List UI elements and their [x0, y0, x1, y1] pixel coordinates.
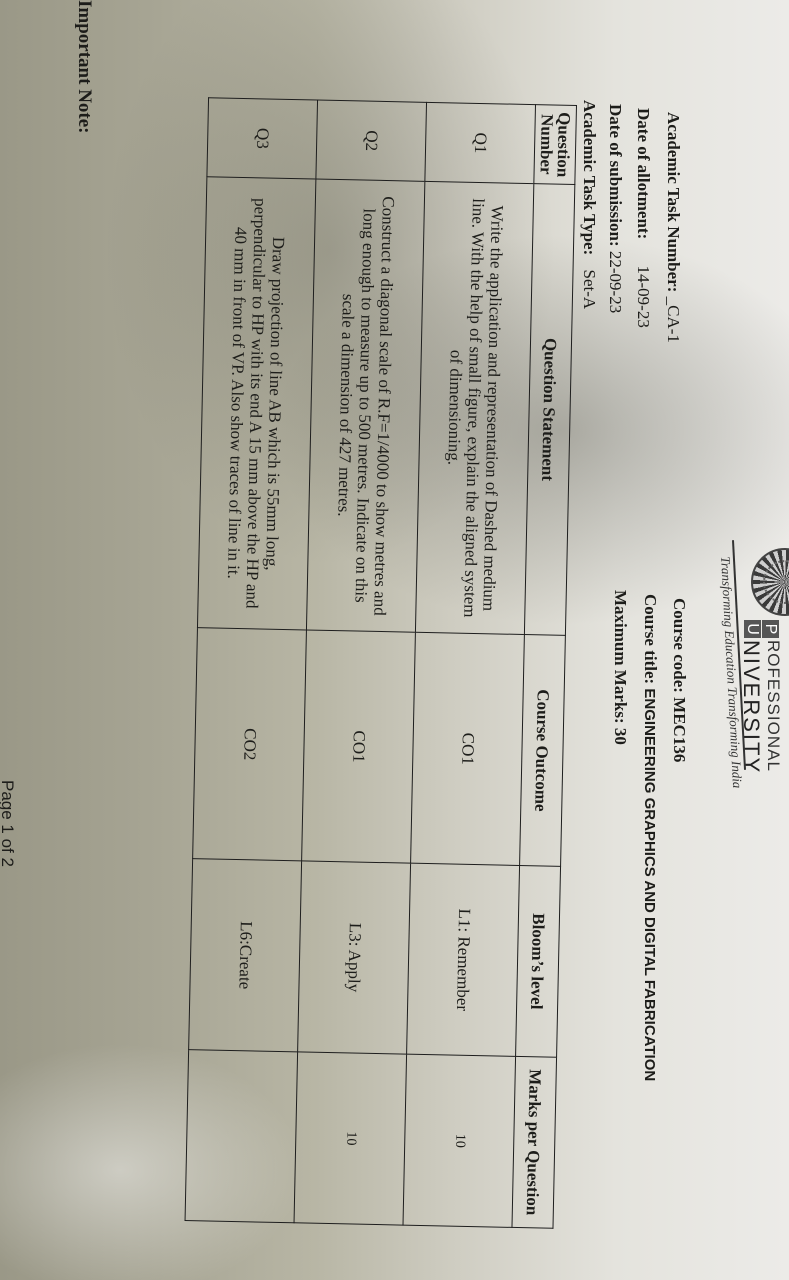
course-title-field: Course title: ENGINEERING GRAPHICS AND D… — [640, 594, 660, 1081]
date-of-submission-field: Date of submission: 22-09-23 — [605, 104, 625, 313]
course-outcome: CO2 — [193, 628, 307, 861]
question-number: Q2 — [316, 100, 427, 181]
header-course-outcome: Course Outcome — [520, 635, 566, 867]
logo-wordmark-top: ROFESSIONAL — [763, 640, 783, 772]
blooms-level: L3: Apply — [298, 861, 411, 1054]
blooms-level: L1: Remember — [407, 863, 520, 1056]
course-code-value: MEC136 — [670, 697, 689, 762]
maximum-marks-field: Maximum Marks: 30 — [610, 590, 630, 745]
logo-letter-u: U — [744, 620, 761, 638]
university-logo: P U ROFESSIONAL NIVERSITY Transforming E… — [705, 548, 789, 778]
header-blooms-level: Bloom’s level — [516, 865, 561, 1057]
task-type-value: Set-A — [580, 269, 599, 309]
course-title-label: Course title: — [641, 594, 660, 684]
course-code-field: Course code: MEC136 — [669, 598, 689, 762]
maximum-marks-value: 30 — [611, 728, 630, 745]
question-statement: Write the application and representation… — [415, 181, 533, 634]
task-type-label: Academic Task Type: — [580, 100, 599, 255]
course-title-value: ENGINEERING GRAPHICS AND DIGITAL FABRICA… — [641, 688, 658, 1081]
question-statement: Draw projection of line AB which is 55mm… — [197, 177, 315, 630]
task-number-label: Academic Task Number: — [664, 112, 683, 292]
date-of-submission-value: 22-09-23 — [606, 251, 625, 313]
maximum-marks-label: Maximum Marks: — [611, 590, 630, 724]
marks — [185, 1050, 298, 1223]
date-of-submission-label: Date of submission: — [606, 104, 625, 247]
course-outcome: CO1 — [411, 632, 525, 865]
course-outcome: CO1 — [302, 630, 416, 863]
marks: 10 — [403, 1054, 516, 1227]
important-note-heading: Important Note: — [73, 0, 95, 134]
date-of-allotment-field: Date of allotment: 14-09-23 — [633, 108, 653, 328]
assignment-sheet: P U ROFESSIONAL NIVERSITY Transforming E… — [0, 0, 789, 1280]
task-type-field: Academic Task Type: Set-A — [579, 100, 599, 309]
marks: 10 — [294, 1052, 407, 1225]
task-number-field: Academic Task Number: _CA-1 — [663, 112, 683, 343]
question-number: Q3 — [207, 98, 318, 179]
blooms-level: L6:Create — [189, 859, 302, 1052]
question-statement: Construct a diagonal scale of R.F=1/4000… — [306, 179, 424, 632]
date-of-allotment-label: Date of allotment: — [634, 108, 653, 239]
header-question-number: Question Number — [534, 105, 577, 185]
questions-table: Question Number Question Statement Cours… — [185, 97, 577, 1228]
date-of-allotment-value: 14-09-23 — [634, 266, 653, 328]
logo-letter-p: P — [762, 620, 779, 638]
task-number-value: _CA-1 — [664, 297, 683, 343]
page-number: Page 1 of 2 — [0, 780, 17, 867]
university-seal-icon — [751, 548, 789, 616]
header-marks-per-question: Marks per Question — [512, 1056, 557, 1228]
question-number: Q1 — [425, 102, 536, 183]
course-code-label: Course code: — [670, 598, 689, 693]
